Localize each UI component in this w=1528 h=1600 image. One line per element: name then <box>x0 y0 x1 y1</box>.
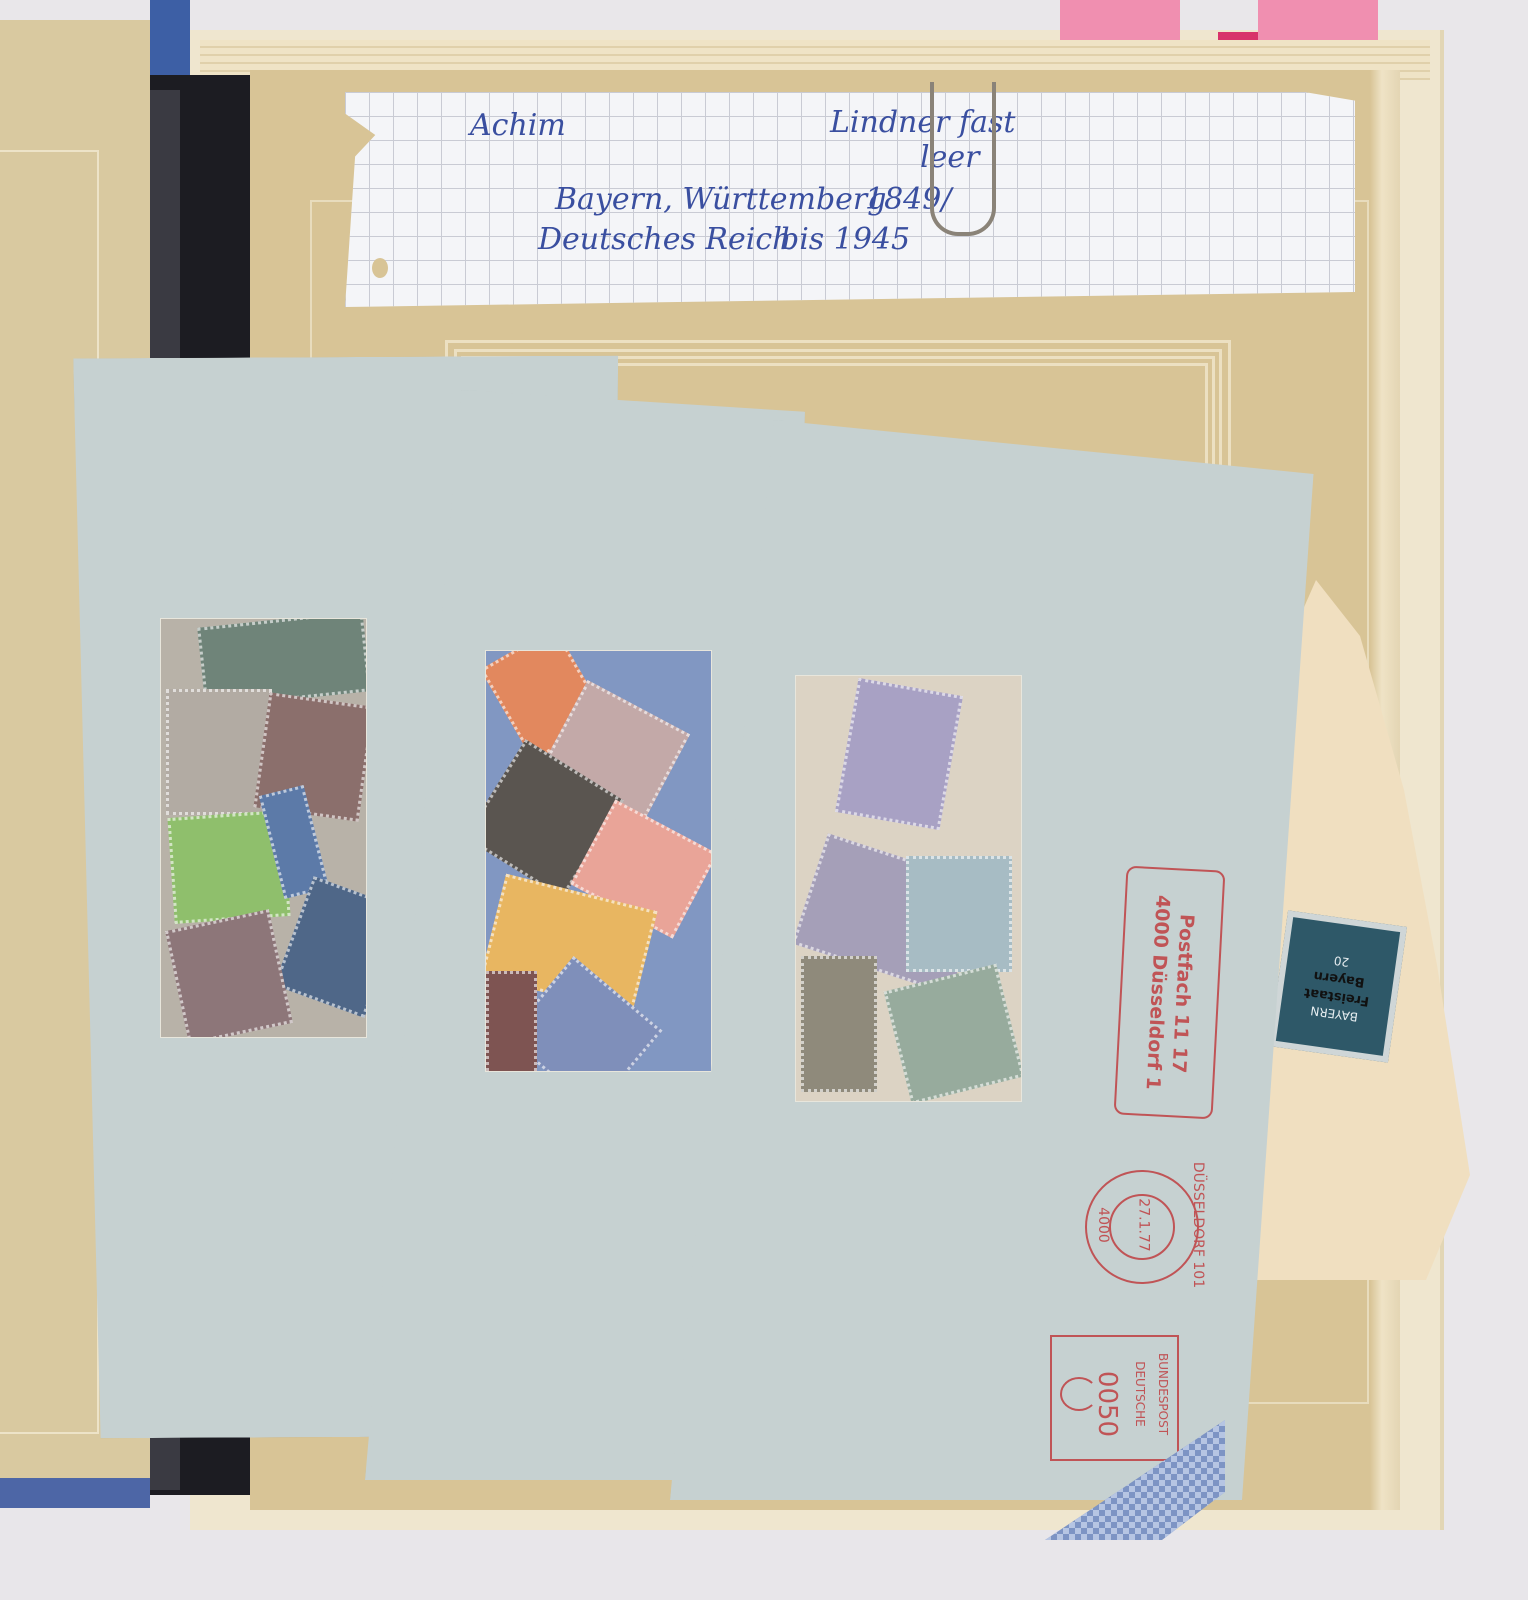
envelope-window <box>795 675 1022 1102</box>
meter-value: 0050 <box>1092 1371 1122 1437</box>
postmark-date: 27.1.77 <box>1136 1198 1152 1251</box>
meter-label: BUNDESPOST <box>1156 1353 1170 1435</box>
stamp <box>835 678 963 830</box>
note-text: bis 1945 <box>780 222 910 257</box>
postfach-cachet: Postfach 11 17 4000 Düsseldorf 1 <box>1114 866 1226 1120</box>
meter-franking: DEUTSCHE BUNDESPOST 0050 <box>1050 1335 1179 1461</box>
stamp <box>884 964 1022 1102</box>
stamp <box>165 909 293 1038</box>
envelope-window <box>485 650 712 1072</box>
postmark-city: DÜSSELDORF 101 <box>1190 1162 1206 1288</box>
posthorn-icon <box>1060 1377 1098 1411</box>
note-text: Achim <box>470 108 566 143</box>
album-left-page-frame <box>0 150 99 1434</box>
album-cover-cloth <box>0 1478 150 1508</box>
stamp <box>906 856 1012 972</box>
note-text: Deutsches Reich <box>538 222 791 257</box>
bayern-stamp: BAYERN Freistaat Bayern 20 <box>1269 910 1407 1062</box>
stamp <box>486 971 537 1072</box>
paperclip-icon <box>930 82 996 236</box>
punch-hole <box>372 258 388 278</box>
postmark-zip: 4000 <box>1095 1207 1111 1243</box>
circular-postmark: 4000 27.1.77 DÜSSELDORF 101 <box>1085 1170 1199 1284</box>
note-text: Bayern, Württemberg <box>555 182 886 217</box>
meter-label: DEUTSCHE <box>1133 1361 1147 1427</box>
envelope-window <box>160 618 367 1038</box>
stamp <box>801 956 877 1092</box>
